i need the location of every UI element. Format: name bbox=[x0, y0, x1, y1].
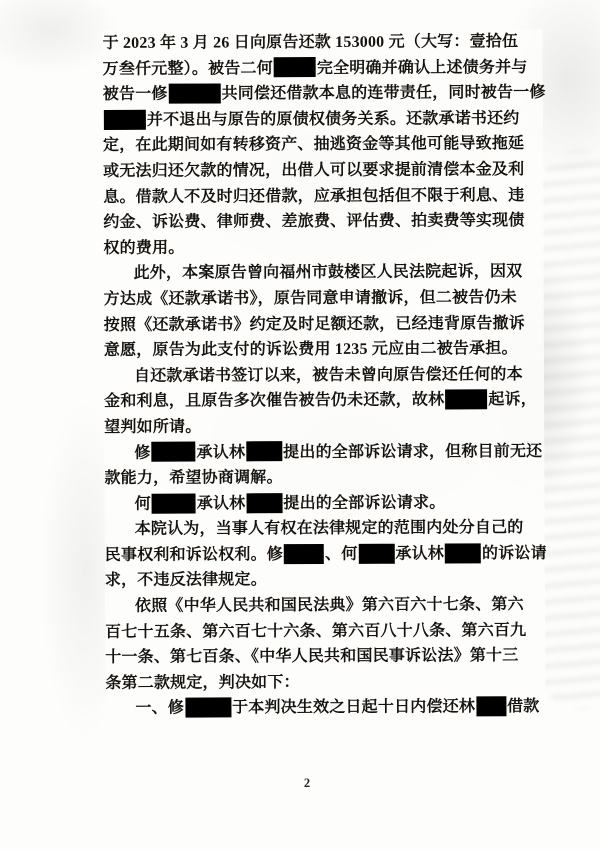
text-run: 万叁仟元整）。被告二何 bbox=[103, 60, 273, 78]
text-run: 依照《中华人民共和国民法典》第六百六十七条、第六 bbox=[135, 596, 524, 615]
text-run: 此外，本案原告曾向福州市鼓楼区人民法院起诉，因双 bbox=[134, 263, 523, 282]
text-line: 或无法归还欠款的情况，出借人可以要求提前清偿本金及利 bbox=[103, 157, 543, 185]
text-line: 依照《中华人民共和国民法典》第六百六十七条、第六 bbox=[105, 592, 545, 620]
redaction-box bbox=[284, 544, 324, 564]
text-run: 一、修 bbox=[135, 700, 184, 717]
text-line: 款能力，希望协商调解。 bbox=[104, 464, 544, 492]
text-run: 起诉， bbox=[488, 391, 537, 408]
text-run: 条第二款规定，判决如下： bbox=[105, 674, 299, 692]
redaction-box bbox=[274, 57, 316, 77]
text-run: 提出的全部诉讼请求，但称目前无还 bbox=[283, 443, 542, 461]
text-run: 求，不违反法律规定。 bbox=[105, 572, 267, 590]
redaction-box bbox=[151, 442, 195, 462]
text-run: 或无法归还欠款的情况，出借人可以要求提前清偿本金及利 bbox=[103, 161, 524, 180]
text-run: 约金、诉讼费、律师费、差旅费、评估费、拍卖费等实现债 bbox=[103, 212, 524, 231]
text-line: 万叁仟元整）。被告二何完全明确并确认上述债务并与 bbox=[103, 55, 543, 83]
redaction-box bbox=[169, 83, 221, 103]
text-run: 于 2023 年 3 月 26 日向原告还款 153000 元（大写：壹拾伍 bbox=[103, 33, 519, 52]
text-line: 民事权利和诉讼权利。修、何承认林的诉讼请 bbox=[105, 541, 545, 569]
text-run: 的诉讼请 bbox=[482, 545, 547, 562]
text-line: 权的费用。 bbox=[103, 234, 543, 262]
text-line: 修承认林提出的全部诉讼请求，但称目前无还 bbox=[104, 439, 544, 467]
redaction-box bbox=[476, 696, 506, 716]
redaction-box bbox=[185, 698, 231, 718]
text-run: 本院认为，当事人有权在法律规定的范围内处分自己的 bbox=[135, 519, 524, 538]
text-run: 完全明确并确认上述债务并与 bbox=[317, 59, 528, 77]
text-line: 自还款承诺书签订以来，被告未曾向原告偿还任何的本 bbox=[104, 362, 544, 390]
text-line: 一、修于本判决生效之日起十日内偿还林借款 bbox=[105, 694, 545, 722]
text-line: 本院认为，当事人有权在法律规定的范围内处分自己的 bbox=[105, 515, 545, 543]
text-line: 条第二款规定，判决如下： bbox=[105, 669, 545, 697]
text-line: 金和利息，且原告多次催告被告仍未还款，故林起诉， bbox=[104, 387, 544, 415]
text-line: 于 2023 年 3 月 26 日向原告还款 153000 元（大写：壹拾伍 bbox=[102, 29, 542, 57]
text-line: 并不退出与原告的原债权债务关系。还款承诺书还约 bbox=[103, 106, 543, 134]
text-run: 百七十五条、第六百七十六条、第六百八十八条、第六百九 bbox=[105, 622, 526, 641]
redaction-box bbox=[246, 442, 282, 462]
text-run: 民事权利和诉讼权利。修 bbox=[105, 546, 283, 564]
text-run: 于本判决生效之日起十日内偿还林 bbox=[232, 699, 475, 717]
scan-bleedthrough-streaks bbox=[540, 150, 600, 710]
redaction-box bbox=[152, 493, 196, 513]
text-run: 望判如所请。 bbox=[104, 418, 201, 435]
text-line: 方达成《还款承诺书》，原告同意申请撤诉，但二被告仍未 bbox=[104, 285, 544, 313]
text-run: 借款 bbox=[507, 699, 539, 716]
judgment-body-text: 于 2023 年 3 月 26 日向原告还款 153000 元（大写：壹拾伍万叁… bbox=[102, 29, 545, 722]
text-run: 意愿，原告为此支付的诉讼费用 1235 元应由二被告承担。 bbox=[104, 340, 518, 359]
text-run: 何 bbox=[135, 495, 151, 512]
text-line: 此外，本案原告曾向福州市鼓楼区人民法院起诉，因双 bbox=[103, 259, 543, 287]
text-run: 提出的全部诉讼请求。 bbox=[283, 494, 445, 512]
text-line: 十一条、第七百条、《中华人民共和国民事诉讼法》第十三 bbox=[105, 643, 545, 671]
text-run: 并不退出与原告的原债权债务关系。还款承诺书还约 bbox=[147, 110, 520, 129]
scanned-document-page: 于 2023 年 3 月 26 日向原告还款 153000 元（大写：壹拾伍万叁… bbox=[0, 0, 600, 849]
text-run: 承认林 bbox=[197, 495, 246, 512]
text-run: 共同偿还借款本息的连带责任，同时被告一修 bbox=[222, 84, 546, 102]
text-line: 意愿，原告为此支付的诉讼费用 1235 元应由二被告承担。 bbox=[104, 336, 544, 364]
text-run: 按照《还款承诺书》约定及时足额还款，已经违背原告撤诉 bbox=[104, 315, 525, 334]
text-run: 方达成《还款承诺书》，原告同意申请撤诉，但二被告仍未 bbox=[104, 289, 517, 308]
text-run: 、何 bbox=[325, 546, 357, 563]
redaction-box bbox=[445, 389, 487, 409]
text-line: 求，不违反法律规定。 bbox=[105, 567, 545, 595]
text-run: 款能力，希望协商调解。 bbox=[104, 469, 282, 487]
text-run: 自还款承诺书签订以来，被告未曾向原告偿还任何的本 bbox=[134, 366, 523, 385]
text-line: 定，在此期间如有转移资产、抽逃资金等其他可能导致拖延 bbox=[103, 131, 543, 159]
page-number: 2 bbox=[0, 776, 600, 791]
text-run: 承认林 bbox=[395, 545, 444, 562]
redaction-box bbox=[246, 493, 282, 513]
text-run: 定，在此期间如有转移资产、抽逃资金等其他可能导致拖延 bbox=[103, 135, 524, 154]
text-line: 息。借款人不及时归还借款，应承担包括但不限于利息、违 bbox=[103, 183, 543, 211]
text-run: 权的费用。 bbox=[103, 239, 184, 256]
redaction-box bbox=[358, 543, 394, 563]
text-run: 十一条、第七百条、《中华人民共和国民事诉讼法》第十三 bbox=[105, 647, 518, 666]
text-run: 金和利息，且原告多次催告被告仍未还款，故林 bbox=[104, 392, 444, 410]
text-line: 望判如所请。 bbox=[104, 413, 544, 441]
text-run: 修 bbox=[134, 444, 150, 461]
text-run: 承认林 bbox=[197, 444, 246, 461]
text-line: 约金、诉讼费、律师费、差旅费、评估费、拍卖费等实现债 bbox=[103, 208, 543, 236]
text-run: 被告一修 bbox=[103, 86, 168, 103]
text-line: 被告一修共同偿还借款本息的连带责任，同时被告一修 bbox=[103, 80, 543, 108]
redaction-box bbox=[445, 543, 481, 563]
text-line: 何承认林提出的全部诉讼请求。 bbox=[105, 490, 545, 518]
text-run: 息。借款人不及时归还借款，应承担包括但不限于利息、违 bbox=[103, 187, 524, 206]
text-line: 百七十五条、第六百七十六条、第六百八十八条、第六百九 bbox=[105, 618, 545, 646]
redaction-box bbox=[104, 109, 146, 129]
text-line: 按照《还款承诺书》约定及时足额还款，已经违背原告撤诉 bbox=[104, 311, 544, 339]
